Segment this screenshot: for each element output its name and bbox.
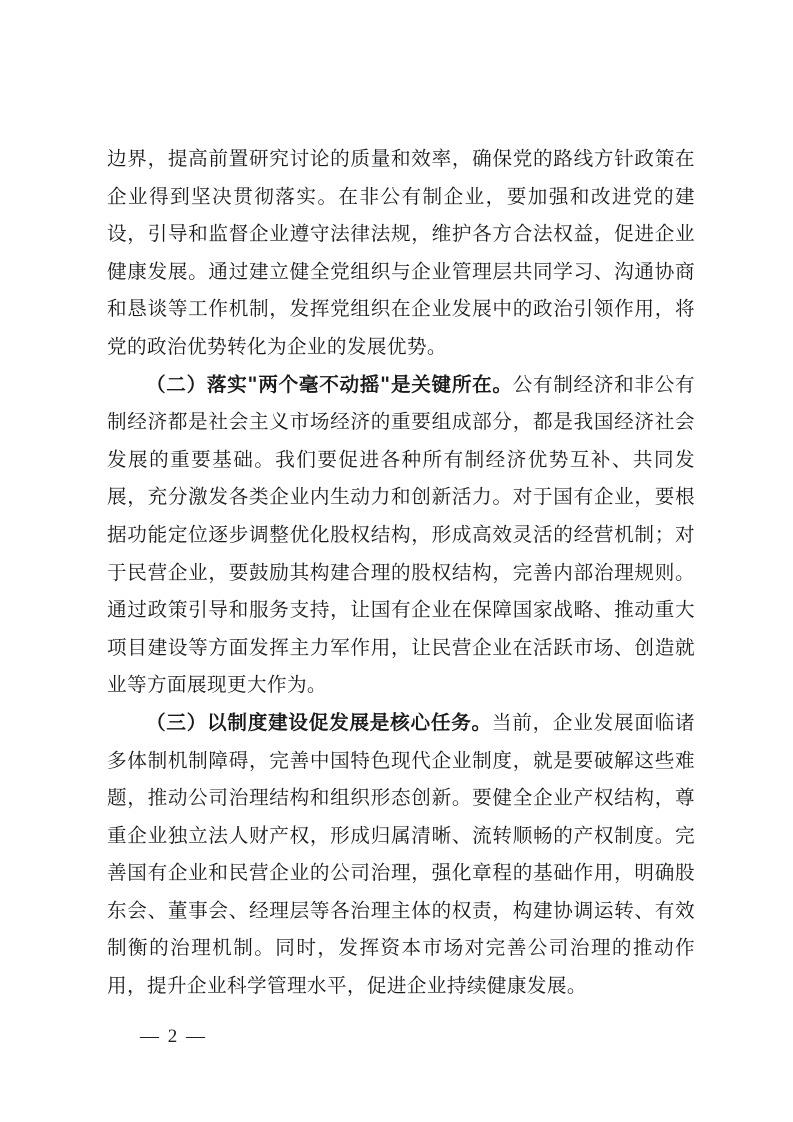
document-page: 边界，提高前置研究讨论的质量和效率，确保党的路线方针政策在企业得到坚决贯彻落实。… xyxy=(107,140,695,1005)
paragraph-two-unshakables: （二）落实"两个毫不动摇"是关键所在。公有制经济和非公有制经济都是社会主义市场经… xyxy=(107,366,695,704)
section-heading-2: （二）落实"两个毫不动摇"是关键所在。 xyxy=(146,373,513,396)
section-heading-3: （三）以制度建设促发展是核心任务。 xyxy=(146,711,492,734)
paragraph-continuation: 边界，提高前置研究讨论的质量和效率，确保党的路线方针政策在企业得到坚决贯彻落实。… xyxy=(107,140,695,366)
paragraph-text: 公有制经济和非公有制经济都是社会主义市场经济的重要组成部分，都是我国经济社会发展… xyxy=(107,373,695,697)
paragraph-institution-building: （三）以制度建设促发展是核心任务。当前，企业发展面临诸多体制机制障碍，完善中国特… xyxy=(107,704,695,1005)
page-number: — 2 — xyxy=(140,1026,207,1048)
paragraph-text: 当前，企业发展面临诸多体制机制障碍，完善中国特色现代企业制度，就是要破解这些难题… xyxy=(107,711,695,997)
paragraph-text: 边界，提高前置研究讨论的质量和效率，确保党的路线方针政策在企业得到坚决贯彻落实。… xyxy=(107,147,695,358)
